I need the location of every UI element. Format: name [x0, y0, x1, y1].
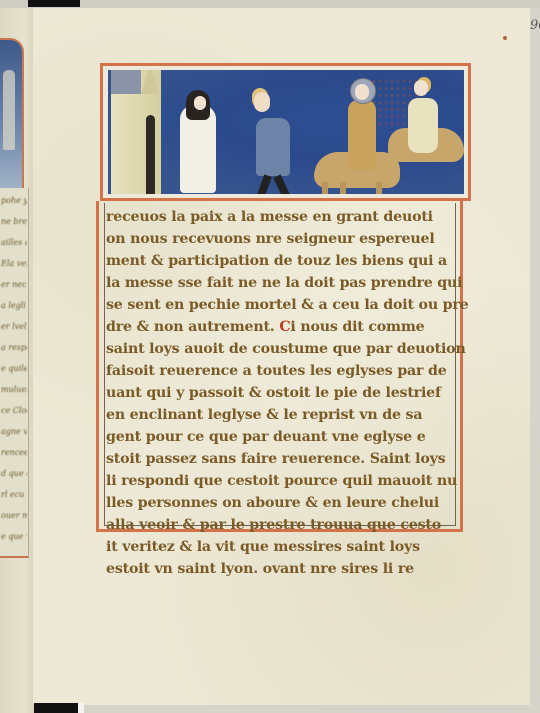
left-page-miniature-fragment: [0, 38, 24, 188]
layman-leg: [273, 174, 290, 194]
color-calibration-white-patch: [78, 703, 84, 713]
text-line: li respondi que cestoit pource quil mauo…: [106, 470, 456, 492]
left-page-line: rl ecu: [1, 490, 27, 500]
text-line: receuos la paix a la messe en grant deuo…: [106, 206, 456, 228]
text-line: la messe sse fait ne ne la doit pas pren…: [106, 272, 456, 294]
left-page-line: d que d: [1, 469, 27, 479]
text-line: gent pour ce que par deuant vne eglyse e: [106, 426, 456, 448]
manuscript-text: receuos la paix a la messe en grant deuo…: [106, 206, 456, 580]
left-page-line: e que vo: [1, 532, 27, 542]
text-line: saint loys auoit de coustume que par deu…: [106, 338, 456, 360]
second-rider-figure: [408, 98, 438, 153]
left-page-line: a legli: [1, 301, 27, 311]
layman-leg: [256, 174, 272, 194]
king-face: [355, 84, 369, 100]
text-line: on nous recevuons nre seigneur espereuel: [106, 228, 456, 250]
left-page-figure: [3, 70, 15, 150]
left-page-line: pohe y: [1, 196, 27, 206]
king-rider-figure: [348, 100, 376, 170]
left-page-line: er nec Ce: [1, 280, 27, 290]
text-line: alla veoir & par le prestre trouua que c…: [106, 514, 456, 536]
left-page-line: ailles alle: [1, 238, 27, 248]
text-segment: i nous dit comme: [290, 319, 424, 335]
horse-leg: [340, 182, 346, 194]
left-page-text-fragment: pohe y ne brefr ailles alle Ela vein er …: [0, 188, 29, 558]
horse-leg: [376, 182, 382, 194]
illuminated-miniature: [100, 63, 471, 201]
left-page-line: ne brefr: [1, 217, 27, 227]
left-page-line: ce Clode: [1, 406, 27, 416]
text-line: stoit passez sans faire reuerence. Saint…: [106, 448, 456, 470]
cleric-face: [194, 96, 206, 110]
text-line: faisoit reuerence a toutes les eglyses p…: [106, 360, 456, 382]
second-rider-face: [414, 80, 428, 96]
layman-figure: [256, 118, 290, 176]
left-page-line: a respond: [1, 343, 27, 353]
left-page-line: er lvell: [1, 322, 27, 332]
left-facing-page: pohe y ne brefr ailles alle Ela vein er …: [0, 8, 34, 713]
left-page-line: mulues &: [1, 385, 27, 395]
text-line: uant qui y passoit & ostoit le pie de le…: [106, 382, 456, 404]
layman-head: [254, 92, 270, 112]
church-door: [146, 115, 155, 194]
text-line: en enclinant leglyse & le reprist vn de …: [106, 404, 456, 426]
text-line-with-rubric: dre & non autrement. Ci nous dit comme: [106, 316, 456, 338]
left-page-line: ouer mul: [1, 511, 27, 521]
text-line: ment & participation de touz les biens q…: [106, 250, 456, 272]
text-line: estoit vn saint lyon. ovant nre sires li…: [106, 558, 456, 580]
viewer-backdrop-top: [0, 0, 540, 8]
text-line: it veritez & la vit que messires saint l…: [106, 536, 456, 558]
left-page-line: Ela vein: [1, 259, 27, 269]
folio-number: 96: [530, 18, 540, 33]
text-line: se sent en pechie mortel & a ceu la doit…: [106, 294, 456, 316]
miniature-background: [108, 70, 464, 194]
rubricated-initial: C: [279, 319, 290, 335]
left-page-line: rencee qu: [1, 448, 27, 458]
color-calibration-tab-top: [28, 0, 80, 7]
church-roof: [111, 70, 141, 94]
horse-leg: [322, 182, 328, 194]
text-segment: dre & non autrement.: [106, 319, 275, 335]
ink-stain: [503, 36, 507, 40]
left-page-line: agne vm: [1, 427, 27, 437]
left-page-line: e quilec: [1, 364, 27, 374]
church-spire: [141, 70, 159, 94]
color-calibration-tab-bottom: [34, 703, 78, 713]
text-line: lles personnes on aboure & en leure chel…: [106, 492, 456, 514]
